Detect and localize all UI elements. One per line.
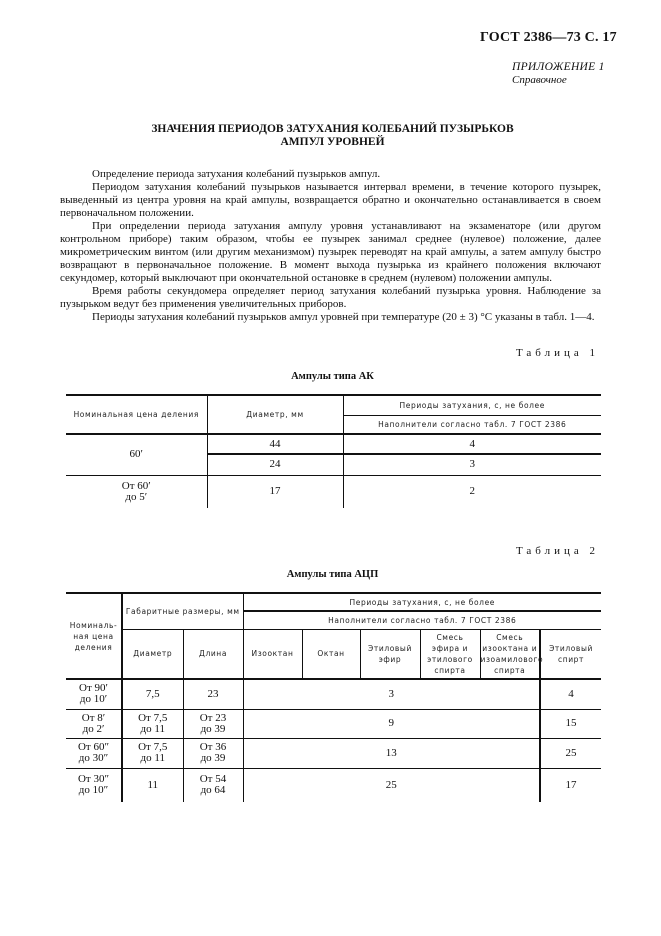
header-length: Длина [183, 629, 243, 679]
table2-number: Таблица 2 [516, 545, 599, 557]
cell-nominal: От 30″до 10″ [66, 768, 122, 802]
table-row: От 30″до 10″ 11 От 54до 64 25 17 [66, 768, 601, 802]
cell-period: 25 [243, 768, 540, 802]
cell-nominal: От 8′до 2′ [66, 709, 122, 738]
table-row: От 90′до 10′ 7,5 23 3 4 [66, 679, 601, 709]
table-row: От 60′ до 5′ 17 2 [66, 475, 601, 508]
table-row: 60′ 44 4 [66, 434, 601, 454]
paragraph: При определении периода затухания ампулу… [60, 220, 601, 285]
cell-period: 3 [243, 679, 540, 709]
header-nominal: Номиналь- ная цена деления [66, 593, 122, 679]
table-row: От 60″до 30″ От 7,5до 11 От 36до 39 13 2… [66, 738, 601, 768]
cell-diameter: 17 [207, 475, 343, 508]
table1-caption: Ампулы типа АК [60, 371, 605, 382]
paragraph: Периодом затухания колебаний пузырьков н… [60, 181, 601, 220]
table2: Номиналь- ная цена деления Габаритные ра… [66, 592, 601, 802]
cell-length: От 36до 39 [183, 738, 243, 768]
cell-diameter: 11 [122, 768, 183, 802]
header-isooctane: Изооктан [243, 629, 302, 679]
cell-alcohol: 25 [540, 738, 601, 768]
cell-alcohol: 4 [540, 679, 601, 709]
header-mix-ether-alcohol: Смесьэфира и этиловогоспирта [420, 629, 480, 679]
header-nominal: Номинальная цена деления [66, 395, 207, 434]
cell-period: 2 [343, 475, 601, 508]
cell-period: 4 [343, 434, 601, 454]
cell-period: 9 [243, 709, 540, 738]
body-text: Определение периода затухания колебаний … [60, 168, 601, 324]
title-line-1: ЗНАЧЕНИЯ ПЕРИОДОВ ЗАТУХАНИЯ КОЛЕБАНИЙ ПУ… [60, 123, 605, 136]
cell-diameter: 44 [207, 434, 343, 454]
cell-nominal: От 90′до 10′ [66, 679, 122, 709]
cell-diameter: От 7,5до 11 [122, 738, 183, 768]
appendix-type: Справочное [512, 74, 567, 86]
cell-alcohol: 15 [540, 709, 601, 738]
header-ethyl-alcohol: Этиловыйспирт [540, 629, 601, 679]
header-periods: Периоды затухания, с, не более [343, 395, 601, 415]
cell-period: 13 [243, 738, 540, 768]
paragraph: Время работы секундомера определяет пери… [60, 285, 601, 311]
nominal-to: до 5′ [66, 492, 207, 503]
cell-diameter: От 7,5до 11 [122, 709, 183, 738]
header-octane: Октан [302, 629, 360, 679]
document-title: ЗНАЧЕНИЯ ПЕРИОДОВ ЗАТУХАНИЯ КОЛЕБАНИЙ ПУ… [60, 123, 605, 149]
cell-nominal: От 60′ до 5′ [66, 475, 207, 508]
paragraph: Периоды затухания колебаний пузырьков ам… [60, 311, 601, 324]
header-diameter: Диаметр [122, 629, 183, 679]
header-mix-isooctane-isoamyl: Смесьизооктана и изоамиловогоспирта [480, 629, 540, 679]
header-fillers: Наполнители согласно табл. 7 ГОСТ 2386 [343, 415, 601, 434]
appendix-label: ПРИЛОЖЕНИЕ 1 [512, 61, 605, 73]
header-ether: Этиловыйэфир [360, 629, 420, 679]
cell-length: От 23до 39 [183, 709, 243, 738]
cell-diameter: 24 [207, 454, 343, 475]
document-code: ГОСТ 2386—73 С. 17 [480, 30, 617, 46]
cell-length: 23 [183, 679, 243, 709]
cell-diameter: 7,5 [122, 679, 183, 709]
cell-alcohol: 17 [540, 768, 601, 802]
title-line-2: АМПУЛ УРОВНЕЙ [60, 136, 605, 149]
cell-length: От 54до 64 [183, 768, 243, 802]
table2-caption: Ампулы типа АЦП [60, 569, 605, 580]
table-row: От 8′до 2′ От 7,5до 11 От 23до 39 9 15 [66, 709, 601, 738]
paragraph: Определение периода затухания колебаний … [60, 168, 601, 181]
cell-period: 3 [343, 454, 601, 475]
header-periods: Периоды затухания, с, не более [243, 593, 601, 611]
cell-nominal: От 60″до 30″ [66, 738, 122, 768]
cell-nominal: 60′ [66, 434, 207, 475]
table1: Номинальная цена деления Диаметр, мм Пер… [66, 394, 601, 508]
table1-number: Таблица 1 [516, 347, 599, 359]
header-fillers: Наполнители согласно табл. 7 ГОСТ 2386 [243, 611, 601, 629]
header-dimensions: Габаритные размеры, мм [122, 593, 243, 629]
header-diameter: Диаметр, мм [207, 395, 343, 434]
